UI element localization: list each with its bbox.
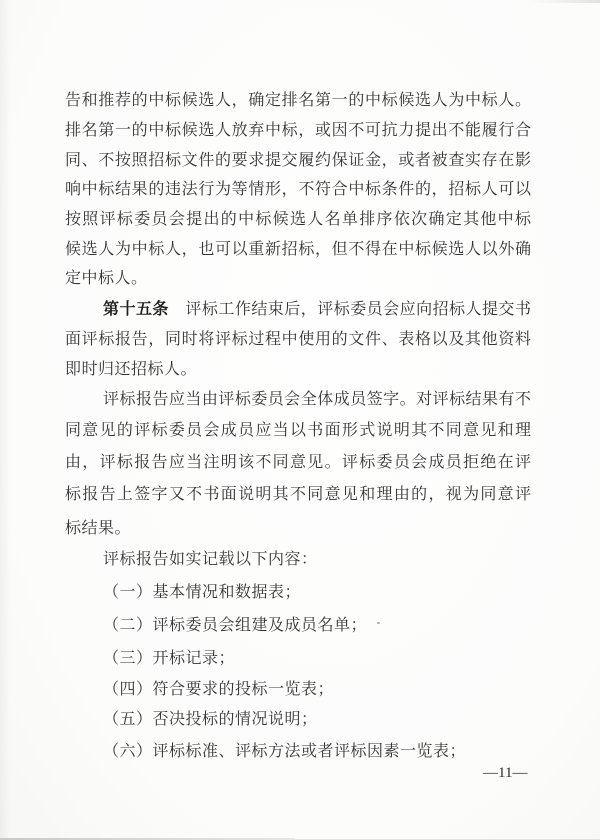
text-segment: 面评标报告，同时将评标过程中使用的文件、表格以及其他资料	[65, 331, 531, 348]
text-line: 评标报告如实记载以下内容：	[65, 549, 531, 571]
text-segment: 评标工作结束后，评标委员会应向招标人提交书	[169, 301, 531, 318]
text-line: 按照评标委员会提出的中标候选人名单排序依次确定其他中标	[65, 209, 531, 231]
text-line: （三）开标记录；	[65, 648, 531, 670]
text-line: 定中标人。	[65, 268, 531, 290]
text-line: 标结果。	[65, 518, 531, 540]
text-line: 即时归还招标人。	[65, 359, 531, 381]
text-line: 同意见的评标委员会成员应当以书面形式说明其不同意见和理	[65, 420, 531, 442]
text-line: 面评标报告，同时将评标过程中使用的文件、表格以及其他资料	[65, 329, 531, 351]
text-line: （四）符合要求的投标一览表；	[65, 679, 531, 701]
text-segment: 告和推荐的中标候选人，确定排名第一的中标候选人为中标人。	[65, 92, 531, 109]
text-line: （六）评标标准、评标方法或者评标因素一览表；	[65, 741, 531, 763]
text-segment: 同、不按照招标文件的要求提交履约保证金，或者被查实存在影	[65, 152, 531, 169]
text-segment: 定中标人。	[65, 270, 148, 287]
text-line: 同、不按照招标文件的要求提交履约保证金，或者被查实存在影	[65, 150, 531, 172]
text-line: 由，评标报告应当注明该不同意见。评标委员会成员拒绝在评	[65, 452, 531, 474]
text-segment: （四）符合要求的投标一览表；	[103, 681, 334, 698]
text-line: （五）否决投标的情况说明；	[65, 709, 531, 731]
text-segment: （二）评标委员会组建及成员名单；	[103, 617, 367, 634]
text-line: 第十五条 评标工作结束后，评标委员会应向招标人提交书	[65, 299, 531, 321]
text-segment: 标报告上签字又不书面说明其不同意见和理由的，视为同意评	[65, 486, 531, 503]
page-number: —11—	[483, 765, 527, 782]
text-segment: 同意见的评标委员会成员应当以书面形式说明其不同意见和理	[65, 422, 531, 439]
text-line: 标报告上签字又不书面说明其不同意见和理由的，视为同意评	[65, 484, 531, 506]
text-segment: 按照评标委员会提出的中标候选人名单排序依次确定其他中标	[65, 211, 531, 228]
text-segment: 响中标结果的违法行为等情形，不符合中标条件的，招标人可以	[65, 181, 531, 198]
document-text: 告和推荐的中标候选人，确定排名第一的中标候选人为中标人。排名第一的中标候选人放弃…	[0, 0, 600, 840]
text-segment: （三）开标记录；	[103, 650, 235, 667]
text-segment: 标结果。	[65, 520, 131, 537]
scan-speck	[377, 622, 380, 624]
text-segment: 即时归还招标人。	[65, 361, 197, 378]
text-line: 告和推荐的中标候选人，确定排名第一的中标候选人为中标人。	[65, 90, 531, 112]
text-segment: 由，评标报告应当注明该不同意见。评标委员会成员拒绝在评	[65, 454, 531, 471]
text-line: 响中标结果的违法行为等情形，不符合中标条件的，招标人可以	[65, 179, 531, 201]
article-heading: 第十五条	[103, 301, 169, 318]
text-segment: 候选人为中标人，也可以重新招标，但不得在中标候选人以外确	[65, 241, 531, 258]
text-line: （二）评标委员会组建及成员名单；	[65, 615, 531, 637]
text-segment: （一）基本情况和数据表；	[103, 584, 301, 601]
text-segment: 评标报告如实记载以下内容：	[103, 551, 318, 568]
text-line: 排名第一的中标候选人放弃中标，或因不可抗力提出不能履行合	[65, 120, 531, 142]
text-segment: （五）否决投标的情况说明；	[103, 711, 318, 728]
text-segment: 排名第一的中标候选人放弃中标，或因不可抗力提出不能履行合	[65, 122, 531, 139]
text-segment: （六）评标标准、评标方法或者评标因素一览表；	[103, 743, 466, 760]
text-line: （一）基本情况和数据表；	[65, 582, 531, 604]
text-line: 候选人为中标人，也可以重新招标，但不得在中标候选人以外确	[65, 239, 531, 261]
text-line: 评标报告应当由评标委员会全体成员签字。对评标结果有不	[65, 389, 531, 411]
text-segment: 评标报告应当由评标委员会全体成员签字。对评标结果有不	[103, 391, 531, 408]
scanned-document-page: 告和推荐的中标候选人，确定排名第一的中标候选人为中标人。排名第一的中标候选人放弃…	[0, 0, 600, 840]
